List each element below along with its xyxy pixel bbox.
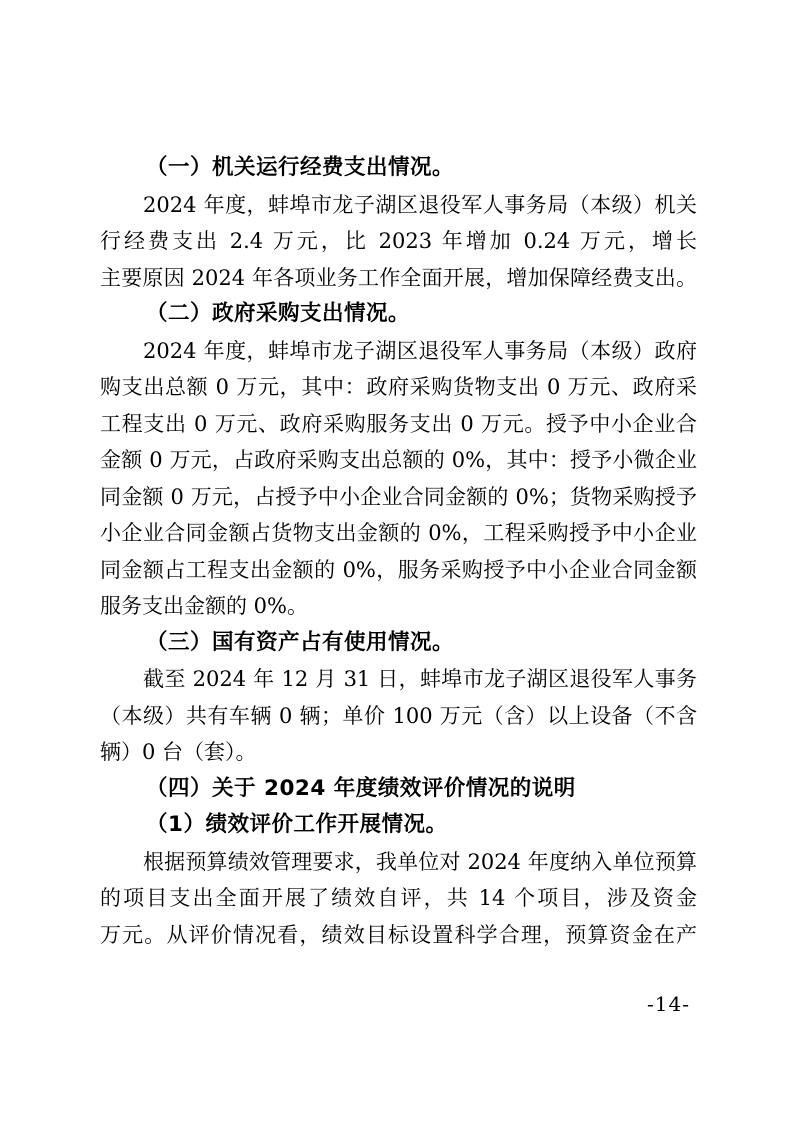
text-line: 主要原因 2024 年各项业务工作全面开展，增加保障经费支出。 xyxy=(100,260,697,297)
text-line: 同金额 0 万元，占授予中小企业合同金额的 0%；货物采购授予中 xyxy=(100,479,697,516)
text-line: 金额 0 万元，占政府采购支出总额的 0%，其中：授予小微企业合 xyxy=(100,442,697,479)
text-line: 行经费支出 2.4 万元，比 2023 年增加 0.24 万元，增长 11.1%… xyxy=(100,223,697,260)
text-line: 截至 2024 年 12 月 31 日，蚌埠市龙子湖区退役军人事务局 xyxy=(100,661,697,698)
text-line: 2024 年度，蚌埠市龙子湖区退役军人事务局（本级）政府采 xyxy=(100,333,697,370)
text-line: 工程支出 0 万元、政府采购服务支出 0 万元。授予中小企业合同 xyxy=(100,406,697,443)
text-line: （本级）共有车辆 0 辆；单价 100 万元（含）以上设备（不含车 xyxy=(100,698,697,735)
text-line: 万元。从评价情况看，绩效目标设置科学合理，预算资金在产出、 xyxy=(100,917,697,954)
section-heading: （三）国有资产占有使用情况。 xyxy=(100,625,697,662)
text-line: 小企业合同金额占货物支出金额的 0%，工程采购授予中小企业合 xyxy=(100,515,697,552)
text-line: 购支出总额 0 万元，其中：政府采购货物支出 0 万元、政府采购 xyxy=(100,369,697,406)
document-content: （一）机关运行经费支出情况。2024 年度，蚌埠市龙子湖区退役军人事务局（本级）… xyxy=(100,150,697,953)
text-line: 根据预算绩效管理要求，我单位对 2024 年度纳入单位预算 xyxy=(100,844,697,881)
page-number: -14- xyxy=(647,992,690,1016)
document-page: （一）机关运行经费支出情况。2024 年度，蚌埠市龙子湖区退役军人事务局（本级）… xyxy=(0,0,793,1122)
section-heading: （二）政府采购支出情况。 xyxy=(100,296,697,333)
text-line: 辆）0 台（套）。 xyxy=(100,734,697,771)
text-line: 同金额占工程支出金额的 0%，服务采购授予中小企业合同金额占 xyxy=(100,552,697,589)
text-line: 的项目支出全面开展了绩效自评，共 14 个项目，涉及资金 1235 xyxy=(100,880,697,917)
section-heading: （一）机关运行经费支出情况。 xyxy=(100,150,697,187)
section-heading: （四）关于 2024 年度绩效评价情况的说明 xyxy=(100,771,697,808)
section-heading: （1）绩效评价工作开展情况。 xyxy=(100,807,697,844)
text-line: 服务支出金额的 0%。 xyxy=(100,588,697,625)
text-line: 2024 年度，蚌埠市龙子湖区退役军人事务局（本级）机关运 xyxy=(100,187,697,224)
